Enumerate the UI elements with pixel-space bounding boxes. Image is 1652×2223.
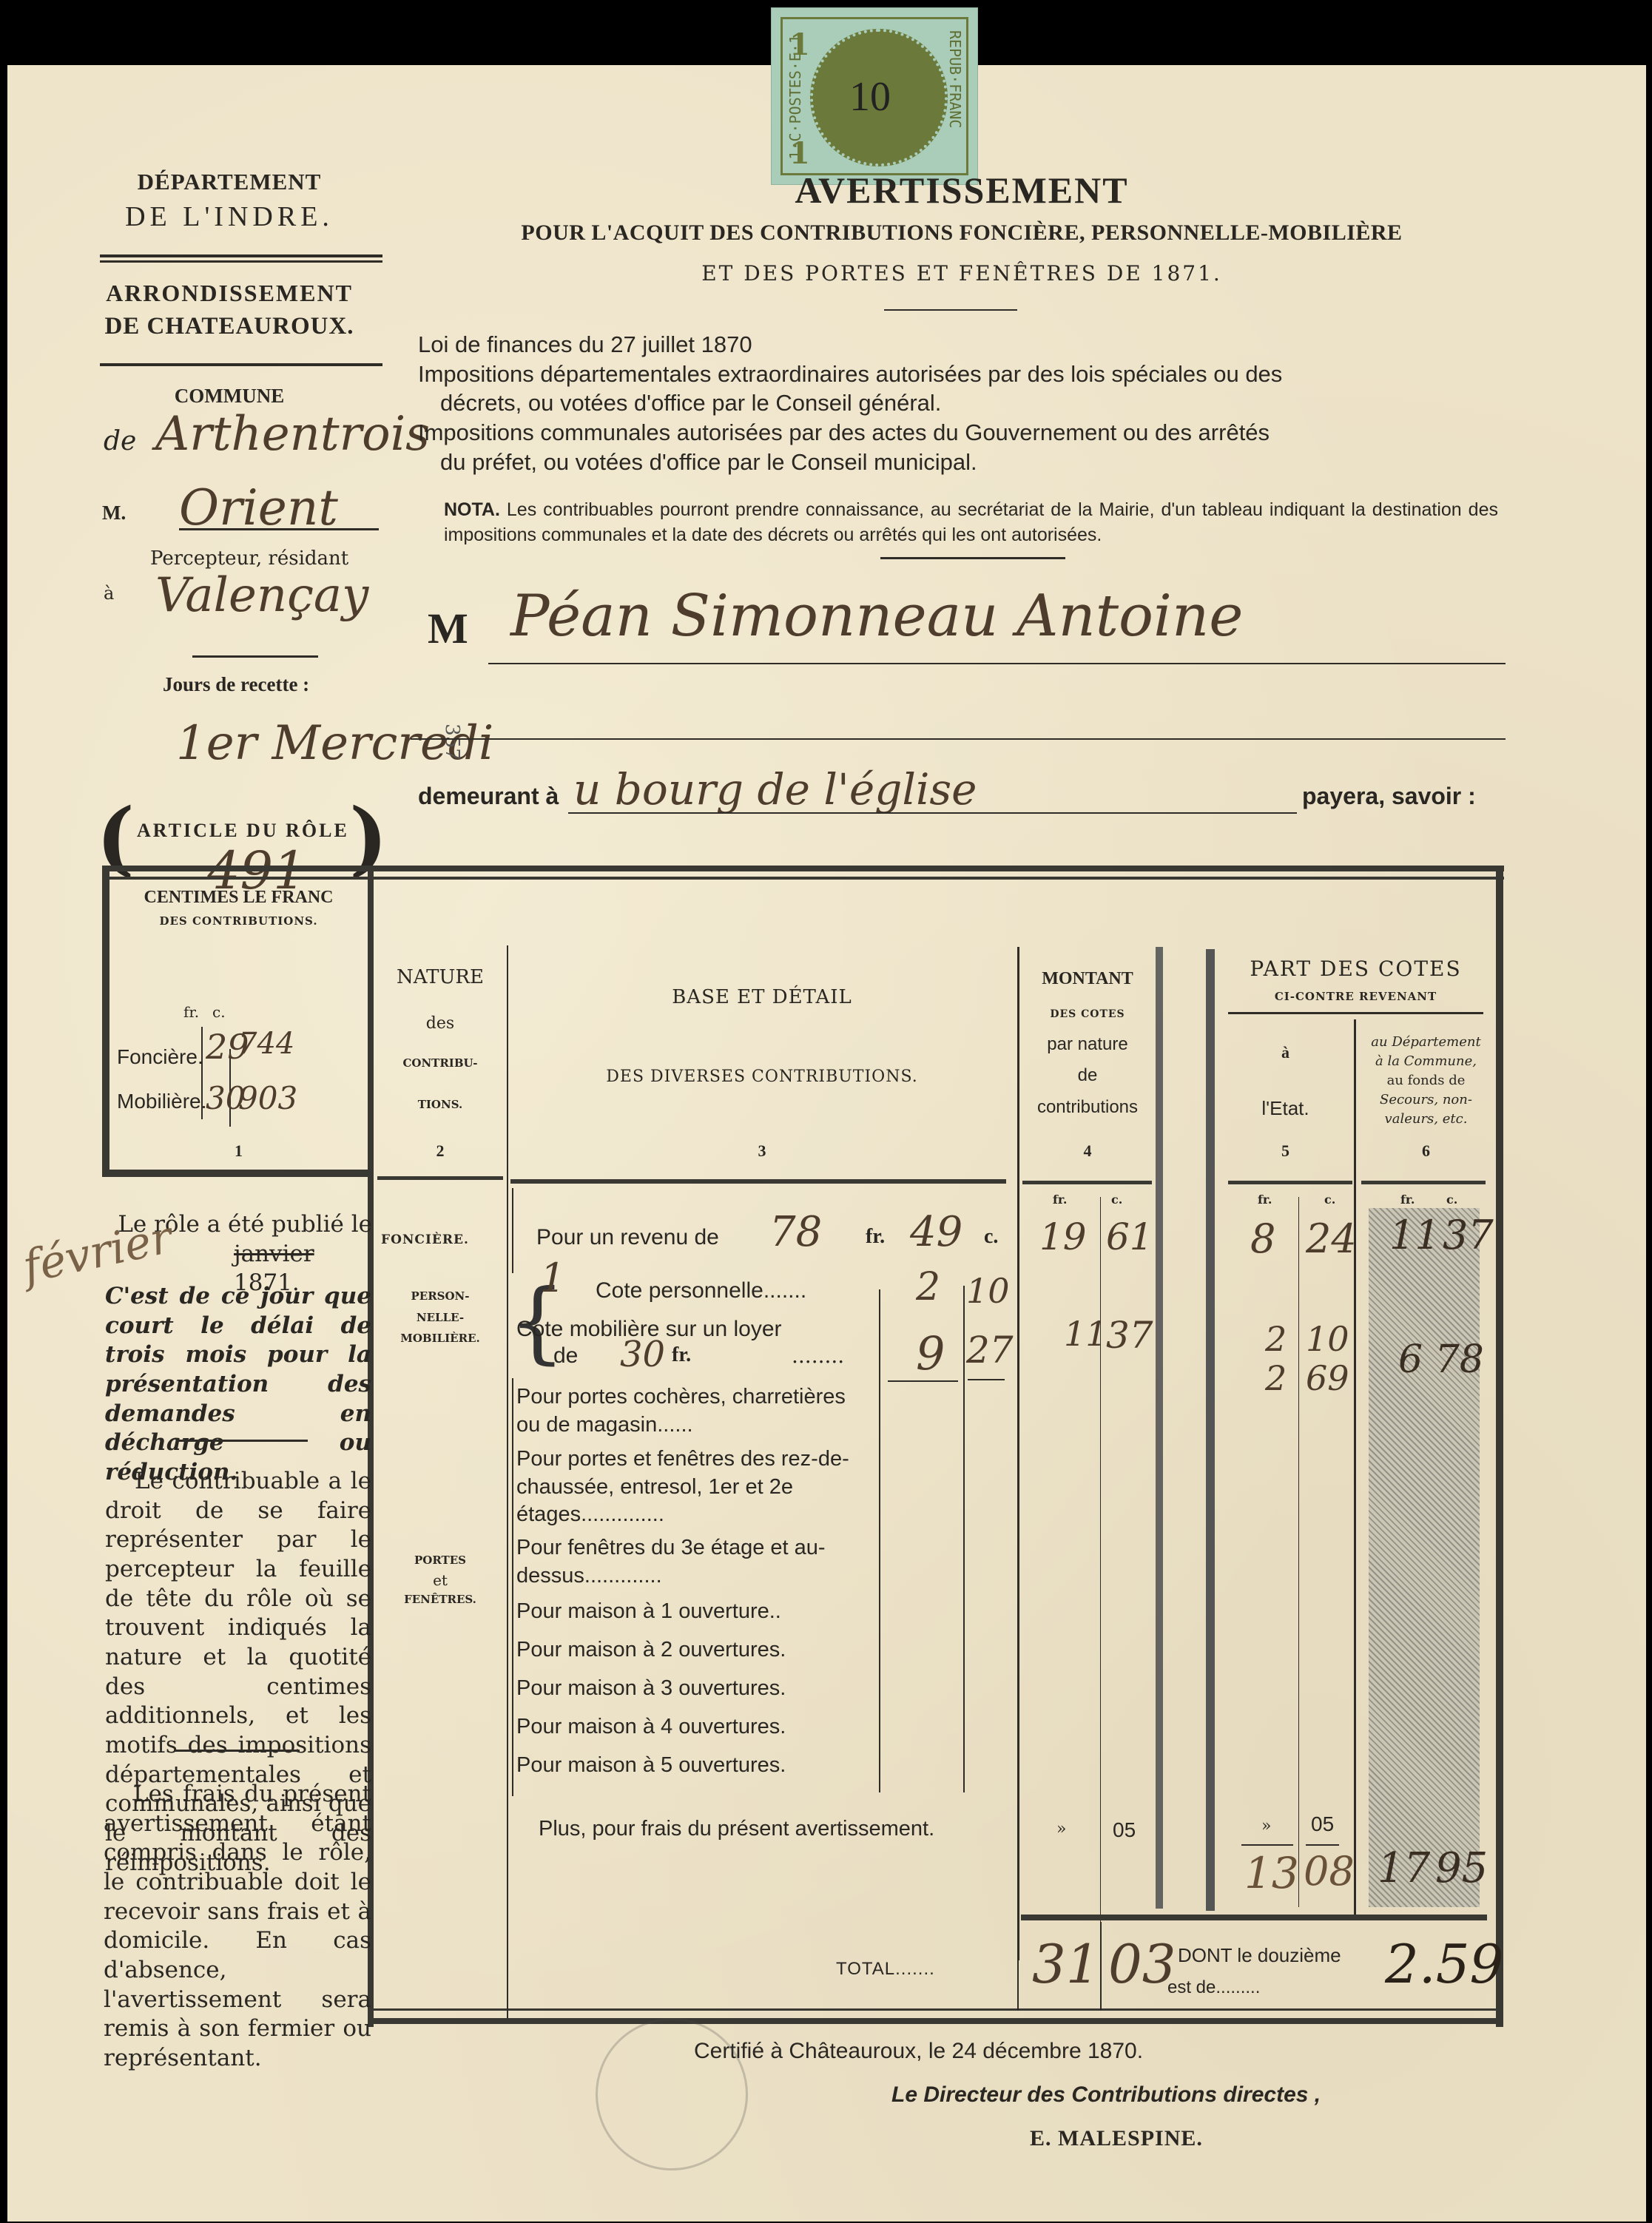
- loyer-value: 30: [620, 1334, 665, 1375]
- law-line: Impositions départementales extraordinai…: [418, 360, 1498, 389]
- col3-title: BASE ET DÉTAIL: [510, 986, 1014, 1008]
- label-line: MOBILIÈRE.: [377, 1328, 503, 1349]
- col4-line: contributions: [1021, 1097, 1154, 1118]
- fonciere-rate-c: 744: [238, 1027, 294, 1061]
- label-line: NELLE-: [377, 1307, 503, 1329]
- col4-number: 4: [1021, 1141, 1154, 1161]
- law-line: Impositions communales autorisées par de…: [418, 418, 1498, 448]
- commune-value: Arthentrois: [155, 407, 430, 462]
- col2-line: TIONS.: [377, 1098, 503, 1111]
- cote-count: 1: [540, 1255, 565, 1301]
- divider: [884, 309, 1017, 311]
- portes-row: Pour maison à 1 ouverture..: [516, 1598, 875, 1636]
- unit-c: c.: [212, 1003, 226, 1021]
- total-label: TOTAL.......: [836, 1959, 935, 1980]
- name-line: [488, 663, 1506, 664]
- arrondissement-label: ARRONDISSEMENT: [74, 280, 385, 307]
- unit-fr: fr.: [1400, 1193, 1415, 1207]
- cote-mobiliere-c: 27: [966, 1329, 1014, 1372]
- fees-amount-c: 05: [1113, 1818, 1136, 1842]
- fees-state-c: 05: [1311, 1812, 1334, 1836]
- mobiliere-rate-c: 903: [238, 1080, 297, 1116]
- fonciere-revenue-fr: 78: [769, 1208, 822, 1256]
- col6-line: Secours, non-: [1358, 1090, 1494, 1110]
- label-line: PERSON-: [377, 1286, 503, 1307]
- divider: [176, 1440, 308, 1442]
- nota-block: NOTA. Les contribuables pourront prendre…: [444, 498, 1498, 548]
- fees-text: Plus, pour frais du présent avertissemen…: [539, 1817, 934, 1841]
- cote-mobiliere-fr: 9: [916, 1326, 945, 1380]
- label-line: et: [377, 1573, 503, 1588]
- label-line: FENÊTRES.: [377, 1588, 503, 1612]
- fees-note: Les frais du présent avertissement étant…: [104, 1780, 371, 2074]
- fonciere-amount-fr: 19: [1039, 1215, 1087, 1258]
- commune-label: COMMUNE: [74, 385, 385, 408]
- col6-title: au Département à la Commune, au fonds de…: [1358, 1033, 1494, 1129]
- margin-note: 357: [441, 723, 463, 760]
- total-fr: 31: [1032, 1933, 1100, 1995]
- col-divider: [1017, 947, 1019, 1960]
- fonciere-state-fr: 8: [1250, 1215, 1275, 1262]
- col1-number: 1: [111, 1141, 366, 1161]
- portes-row: Pour maison à 3 ouvertures.: [516, 1675, 875, 1713]
- personnelle-amount-c: 37: [1106, 1314, 1153, 1357]
- col6-line: valeurs, etc.: [1358, 1110, 1494, 1129]
- personnelle-state-c-2: 69: [1306, 1358, 1349, 1398]
- portes-row: Pour maison à 5 ouvertures.: [516, 1752, 875, 1790]
- cote-mobiliere-de: de: [553, 1343, 578, 1369]
- personnelle-amount-fr: 11: [1064, 1314, 1107, 1354]
- total-c: 03: [1108, 1933, 1176, 1995]
- portes-label: PORTES et FENÊTRES.: [377, 1548, 503, 1612]
- label-line: PORTES: [377, 1548, 503, 1573]
- unit-fr: fr.: [1053, 1193, 1067, 1207]
- struck-month: janvier: [234, 1241, 314, 1267]
- table-border: [102, 866, 1504, 871]
- twelfth-value: 2.59: [1385, 1933, 1503, 1995]
- law-line: Loi de finances du 27 juillet 1870: [418, 330, 1498, 360]
- cote-personnelle-text: Cote personnelle.......: [596, 1278, 806, 1303]
- collector-prefix: M.: [102, 502, 126, 524]
- col1-subtitle: DES CONTRIBUTIONS.: [111, 914, 366, 928]
- taxpayer-name: Péan Simonneau Antoine: [510, 583, 1243, 650]
- twelfth-label-2: est de.........: [1167, 1977, 1260, 1998]
- col1-title: CENTIMES LE FRANC: [111, 888, 366, 908]
- personnelle-dept-value: 6 78: [1398, 1337, 1484, 1382]
- col5-number: 5: [1217, 1141, 1354, 1161]
- divider: [880, 557, 1065, 559]
- col2-number: 2: [377, 1141, 503, 1161]
- col5-line: à: [1217, 1043, 1354, 1062]
- collector-name: Orient: [179, 479, 338, 536]
- arrondissement-name: DE CHATEAUROUX.: [74, 313, 385, 340]
- leader-dots: ........: [792, 1343, 844, 1368]
- unit-c: c.: [984, 1225, 998, 1249]
- document-title: AVERTISSEMENT: [407, 169, 1517, 212]
- blank-line: [411, 738, 1506, 740]
- col4-line: par nature: [1021, 1034, 1154, 1055]
- box-border: [102, 1170, 374, 1177]
- divider: [174, 1750, 300, 1752]
- dept-subtotal-c: 95: [1435, 1844, 1488, 1892]
- personnelle-state-fr-2: 2: [1265, 1358, 1287, 1398]
- residence-label: demeurant à: [418, 783, 559, 810]
- col2-line: des: [377, 1014, 503, 1033]
- fonciere-label: FONCIÈRE.: [381, 1232, 469, 1247]
- hatched-column: [1369, 1208, 1480, 1907]
- postage-stamp: REPUB·FRANC 1·C·POSTES·E·1 1 1 10: [771, 7, 978, 185]
- unit-c: c.: [1446, 1193, 1457, 1207]
- col6-line: au Département: [1358, 1033, 1494, 1052]
- collection-days-label: Jours de recette :: [163, 673, 309, 696]
- table-border: [368, 2008, 1503, 2011]
- col2-title: NATURE: [377, 966, 503, 988]
- divider: [100, 260, 382, 263]
- portes-row: Pour portes et fenêtres des rez-de-chaus…: [516, 1446, 875, 1533]
- portes-row: Pour fenêtres du 3e étage et au-dessus..…: [516, 1534, 875, 1595]
- divider: [100, 363, 382, 366]
- fonciere-text: Pour un revenu de: [536, 1225, 719, 1250]
- personnelle-state-fr-1: 2: [1265, 1319, 1287, 1359]
- collector-residence-label: Percepteur, résidant: [150, 547, 348, 570]
- fonciere-dept-fr: 11: [1389, 1212, 1440, 1258]
- fees-amount-fr: »: [1056, 1820, 1066, 1838]
- taxpayer-address: u bourg de l'église: [573, 764, 977, 814]
- portes-row: Pour portes cochères, charretières ou de…: [516, 1383, 875, 1441]
- residence-prefix: à: [104, 583, 114, 604]
- fees-state-fr: »: [1261, 1817, 1271, 1835]
- nota-text: Les contribuables pourront prendre conna…: [444, 499, 1498, 545]
- department-label: DÉPARTEMENT: [74, 169, 385, 195]
- commune-prefix: de: [104, 426, 136, 456]
- col-divider: [1354, 1019, 1356, 1915]
- table-border: [102, 877, 1504, 880]
- state-subtotal-fr: 13: [1244, 1848, 1299, 1898]
- cote-personnelle-fr: 2: [916, 1265, 940, 1309]
- col-divider: [507, 945, 508, 2018]
- portes-row: Pour maison à 2 ouvertures.: [516, 1636, 875, 1675]
- col6-number: 6: [1358, 1141, 1494, 1161]
- col5-title: l'Etat.: [1217, 1097, 1354, 1120]
- dept-subtotal-fr: 17: [1378, 1844, 1430, 1892]
- personnelle-state-c-1: 10: [1306, 1319, 1349, 1359]
- portes-row: Pour maison à 4 ouvertures.: [516, 1713, 875, 1752]
- divider: [192, 655, 318, 658]
- law-line: décrets, ou votées d'office par le Conse…: [418, 388, 1498, 418]
- col4-title: MONTANT: [1021, 969, 1154, 989]
- col4-line: de: [1021, 1065, 1154, 1086]
- cote-personnelle-c: 10: [966, 1271, 1010, 1311]
- postmark-icon: [596, 2018, 748, 2170]
- unit-c: c.: [1324, 1193, 1335, 1207]
- roll-article-label: ARTICLE DU RÔLE: [137, 820, 349, 842]
- fonciere-state-c: 24: [1306, 1215, 1357, 1262]
- col56-title: PART DES COTES: [1217, 957, 1494, 981]
- laws-block: Loi de finances du 27 juillet 1870 Impos…: [418, 330, 1498, 476]
- cancel-mark: 10: [849, 73, 891, 121]
- law-line: du préfet, ou votées d'office par le Con…: [418, 448, 1498, 477]
- col3-number: 3: [510, 1141, 1014, 1161]
- signatory-name: E. MALESPINE.: [1030, 2126, 1203, 2151]
- personnelle-label: PERSON- NELLE- MOBILIÈRE.: [377, 1286, 503, 1349]
- taxpayer-prefix: M: [428, 604, 468, 653]
- signatory-role: Le Directeur des Contributions directes …: [891, 2082, 1321, 2108]
- stamp-value: 1: [789, 27, 810, 62]
- portes-rows: Pour portes cochères, charretières ou de…: [516, 1383, 875, 1790]
- unit-fr: fr.: [866, 1225, 885, 1249]
- fonciere-amount-c: 61: [1106, 1215, 1153, 1258]
- divider: [100, 254, 382, 257]
- residence-value: Valençay: [155, 568, 368, 623]
- fonciere-dept-c: 37: [1443, 1212, 1494, 1258]
- col2-line: CONTRIBU-: [377, 1056, 503, 1070]
- delay-note: C'est de ce jour que court le délai de t…: [105, 1282, 371, 1488]
- tax-notice-document: DÉPARTEMENT DE L'INDRE. ARRONDISSEMENT D…: [7, 65, 1646, 2222]
- table-border: [1496, 866, 1503, 2027]
- address-line: [568, 812, 1297, 814]
- col4-line: DES COTES: [1021, 1008, 1154, 1020]
- department-name: DE L'INDRE.: [74, 200, 385, 233]
- box-border: [102, 866, 109, 1175]
- stamp-value: 1: [789, 136, 810, 171]
- twelfth-label: DONT le douzième: [1178, 1944, 1341, 1967]
- document-subtitle-2: ET DES PORTES ET FENÊTRES DE 1871.: [407, 261, 1517, 286]
- unit-fr: fr.: [672, 1343, 691, 1367]
- fonciere-rate-label: Foncière.: [117, 1045, 203, 1069]
- nota-label: NOTA.: [444, 499, 500, 520]
- mobiliere-rate-label: Mobilière.: [117, 1090, 206, 1113]
- table-border: [368, 2018, 1503, 2024]
- col3-subtitle: DES DIVERSES CONTRIBUTIONS.: [510, 1067, 1014, 1086]
- col6-line: au fonds de: [1358, 1071, 1494, 1090]
- document-subtitle-1: POUR L'ACQUIT DES CONTRIBUTIONS FONCIÈRE…: [407, 220, 1517, 246]
- payera-label: payera, savoir :: [1302, 783, 1476, 810]
- unit-c: c.: [1111, 1193, 1122, 1207]
- col56-subtitle: CI-CONTRE REVENANT: [1217, 990, 1494, 1003]
- state-subtotal-c: 08: [1304, 1848, 1355, 1895]
- col6-line: à la Commune,: [1358, 1052, 1494, 1071]
- fonciere-revenue-c: 49: [910, 1208, 962, 1256]
- unit-fr: fr.: [183, 1003, 199, 1021]
- unit-fr: fr.: [1258, 1193, 1272, 1207]
- stamp-top-text: REPUB·FRANC: [946, 30, 964, 128]
- certification-line: Certifié à Châteauroux, le 24 décembre 1…: [694, 2039, 1143, 2064]
